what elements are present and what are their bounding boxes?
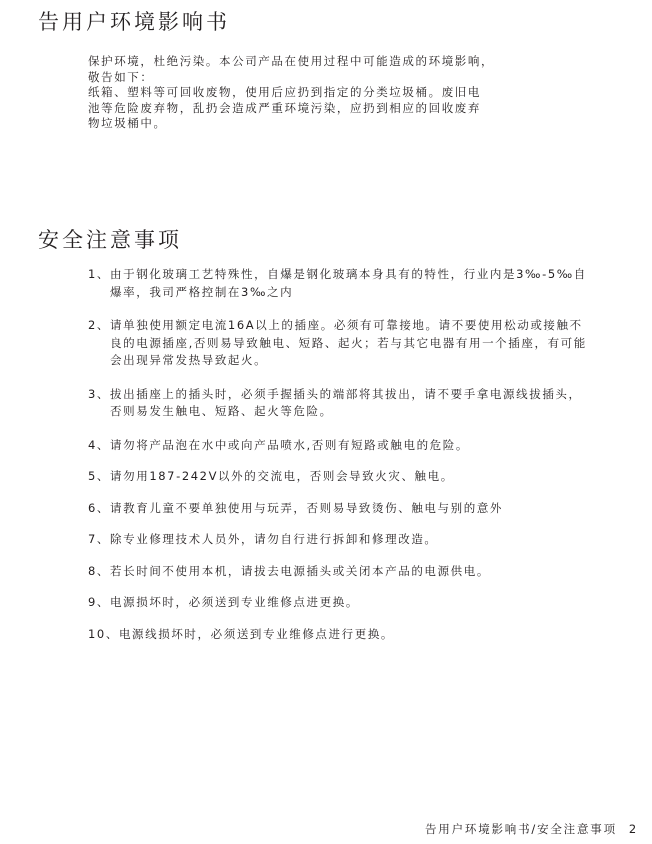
paragraph-line: 池等危险废弃物，乱扔会造成严重环境污染，应扔到相应的回收废弃 — [88, 101, 528, 117]
item-text: 请教育儿童不要单独使用与玩弄，否则易导致烫伤、触电与别的意外 — [110, 500, 628, 518]
item-line: 拔出插座上的插头时，必须手握插头的端部将其拔出，请不要手拿电源线拔插头， — [110, 386, 628, 404]
item-text: 由于钢化玻璃工艺特殊性，自爆是钢化玻璃本身具有的特性，行业内是3‰-5‰自爆率，… — [110, 266, 628, 301]
item-line: 电源线损坏时，必须送到专业维修点进行更换。 — [119, 626, 628, 644]
item-text: 请勿用187-242V以外的交流电，否则会导致火灾、触电。 — [110, 468, 628, 486]
section-title-environment: 告用户环境影响书 — [38, 9, 230, 35]
safety-item: 8、若长时间不使用本机，请拔去电源插头或关闭本产品的电源供电。 — [88, 563, 628, 581]
item-text: 请单独使用额定电流16A以上的插座。必须有可靠接地。请不要使用松动或接触不良的电… — [110, 317, 628, 370]
item-text: 电源线损坏时，必须送到专业维修点进行更换。 — [119, 626, 628, 644]
item-number: 7、 — [88, 531, 110, 549]
page-number: 2 — [629, 822, 638, 836]
item-line: 除专业修理技术人员外，请勿自行进行拆卸和修理改造。 — [110, 531, 628, 549]
item-line: 请勿将产品泡在水中或向产品喷水,否则有短路或触电的危险。 — [110, 437, 628, 455]
item-line: 若长时间不使用本机，请拔去电源插头或关闭本产品的电源供电。 — [110, 563, 628, 581]
paragraph-line: 敬告如下： — [88, 70, 528, 86]
item-number: 4、 — [88, 437, 110, 455]
item-number: 5、 — [88, 468, 110, 486]
item-number: 3、 — [88, 386, 110, 421]
safety-item: 10、电源线损坏时，必须送到专业维修点进行更换。 — [88, 626, 628, 644]
item-text: 请勿将产品泡在水中或向产品喷水,否则有短路或触电的危险。 — [110, 437, 628, 455]
item-number: 1、 — [88, 266, 110, 301]
safety-item: 7、除专业修理技术人员外，请勿自行进行拆卸和修理改造。 — [88, 531, 628, 549]
item-number: 8、 — [88, 563, 110, 581]
item-line: 否则易发生触电、短路、起火等危险。 — [110, 403, 628, 421]
safety-item: 3、拔出插座上的插头时，必须手握插头的端部将其拔出，请不要手拿电源线拔插头，否则… — [88, 386, 628, 421]
safety-item: 9、电源损坏时，必须送到专业维修点进更换。 — [88, 594, 628, 612]
safety-item: 1、由于钢化玻璃工艺特殊性，自爆是钢化玻璃本身具有的特性，行业内是3‰-5‰自爆… — [88, 266, 628, 301]
page-footer: 告用户环境影响书/安全注意事项2 — [425, 821, 638, 837]
safety-item: 5、请勿用187-242V以外的交流电，否则会导致火灾、触电。 — [88, 468, 628, 486]
item-line: 电源损坏时，必须送到专业维修点进更换。 — [110, 594, 628, 612]
item-number: 6、 — [88, 500, 110, 518]
item-number: 2、 — [88, 317, 110, 370]
item-line: 请教育儿童不要单独使用与玩弄，否则易导致烫伤、触电与别的意外 — [110, 500, 628, 518]
safety-item: 6、请教育儿童不要单独使用与玩弄，否则易导致烫伤、触电与别的意外 — [88, 500, 628, 518]
item-line: 爆率，我司严格控制在3‰之内 — [110, 284, 628, 302]
item-line: 请勿用187-242V以外的交流电，否则会导致火灾、触电。 — [110, 468, 628, 486]
item-text: 电源损坏时，必须送到专业维修点进更换。 — [110, 594, 628, 612]
paragraph-line: 纸箱、塑料等可回收废物，使用后应扔到指定的分类垃圾桶。废旧电 — [88, 85, 528, 101]
item-text: 拔出插座上的插头时，必须手握插头的端部将其拔出，请不要手拿电源线拔插头，否则易发… — [110, 386, 628, 421]
footer-label: 告用户环境影响书/安全注意事项 — [425, 822, 617, 836]
item-text: 若长时间不使用本机，请拔去电源插头或关闭本产品的电源供电。 — [110, 563, 628, 581]
environment-paragraph: 保护环境，杜绝污染。本公司产品在使用过程中可能造成的环境影响， 敬告如下： 纸箱… — [88, 54, 528, 132]
item-line: 良的电源插座,否则易导致触电、短路、起火；若与其它电器有用一个插座，有可能 — [110, 335, 628, 353]
item-line: 请单独使用额定电流16A以上的插座。必须有可靠接地。请不要使用松动或接触不 — [110, 317, 628, 335]
item-number: 9、 — [88, 594, 110, 612]
item-line: 由于钢化玻璃工艺特殊性，自爆是钢化玻璃本身具有的特性，行业内是3‰-5‰自 — [110, 266, 628, 284]
paragraph-line: 保护环境，杜绝污染。本公司产品在使用过程中可能造成的环境影响， — [88, 54, 528, 70]
item-text: 除专业修理技术人员外，请勿自行进行拆卸和修理改造。 — [110, 531, 628, 549]
safety-list: 1、由于钢化玻璃工艺特殊性，自爆是钢化玻璃本身具有的特性，行业内是3‰-5‰自爆… — [88, 266, 628, 643]
safety-item: 2、请单独使用额定电流16A以上的插座。必须有可靠接地。请不要使用松动或接触不良… — [88, 317, 628, 370]
item-number: 10、 — [88, 626, 119, 644]
item-line: 会出现异常发热导致起火。 — [110, 352, 628, 370]
safety-item: 4、请勿将产品泡在水中或向产品喷水,否则有短路或触电的危险。 — [88, 437, 628, 455]
section-title-safety: 安全注意事项 — [38, 227, 182, 253]
paragraph-line: 物垃圾桶中。 — [88, 116, 528, 132]
